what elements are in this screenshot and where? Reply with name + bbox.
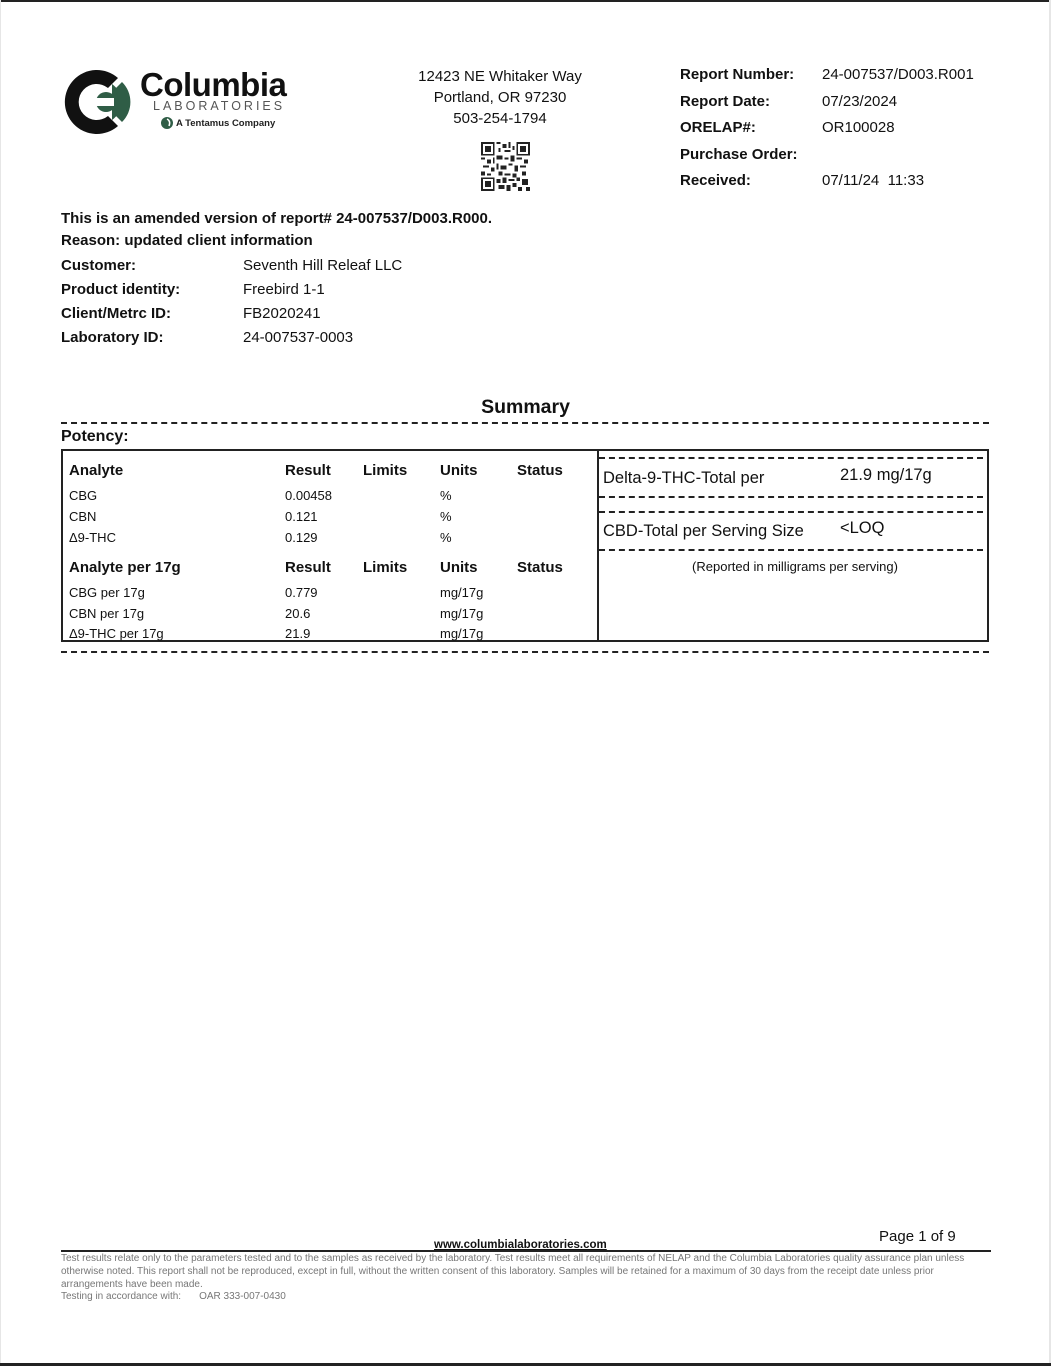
- col-header-analyte: Analyte: [69, 462, 123, 479]
- info-row-customer: Customer: Seventh Hill Releaf LLC: [61, 257, 402, 281]
- col-header-limits: Limits: [363, 462, 407, 479]
- info-label: Customer:: [61, 257, 243, 281]
- logo-tagline: A Tentamus Company: [176, 118, 275, 129]
- summary-title: Summary: [0, 396, 1051, 419]
- info-row-metrc-id: Client/Metrc ID: FB2020241: [61, 305, 402, 329]
- meta-row-report-date: Report Date: 07/23/2024: [680, 93, 974, 120]
- company-logo: Columbia LABORATORIES A Tentamus Company: [62, 64, 302, 144]
- serving-divider: [599, 549, 983, 551]
- cell-units: mg/17g: [440, 606, 483, 621]
- meta-value: OR100028: [822, 119, 895, 136]
- amendment-line: This is an amended version of report# 24…: [61, 208, 492, 230]
- info-row-lab-id: Laboratory ID: 24-007537-0003: [61, 329, 402, 353]
- cell-analyte: CBN: [69, 509, 96, 524]
- address-line2: Portland, OR 97230: [400, 87, 600, 108]
- cell-analyte: CBG: [69, 488, 97, 503]
- info-row-product: Product identity: Freebird 1-1: [61, 281, 402, 305]
- tentamus-leaf-icon: [160, 116, 174, 130]
- meta-value: 24-007537/D003.R001: [822, 66, 974, 83]
- amendment-notice: This is an amended version of report# 24…: [61, 208, 492, 252]
- table-split-line: [597, 451, 599, 640]
- footer-disclaimer: Test results relate only to the paramete…: [61, 1252, 991, 1291]
- info-value: Freebird 1-1: [243, 281, 325, 305]
- col-header-result: Result: [285, 462, 331, 479]
- serving-divider: [599, 511, 983, 513]
- serving-value-cbd: <LOQ: [840, 519, 884, 538]
- col-header-status: Status: [517, 559, 563, 576]
- potency-label: Potency:: [61, 428, 129, 446]
- meta-label: Report Number:: [680, 66, 822, 83]
- logo-subtitle: LABORATORIES: [153, 99, 285, 113]
- cell-result: 0.779: [285, 585, 318, 600]
- info-value: Seventh Hill Releaf LLC: [243, 257, 402, 281]
- col-header-analyte-per-17g: Analyte per 17g: [69, 559, 181, 576]
- meta-value: 07/11/24 11:33: [822, 172, 924, 189]
- col-header-units: Units: [440, 559, 478, 576]
- info-value: FB2020241: [243, 305, 321, 329]
- info-value: 24-007537-0003: [243, 329, 353, 353]
- cell-units: mg/17g: [440, 626, 483, 641]
- col-header-result: Result: [285, 559, 331, 576]
- meta-value: 07/23/2024: [822, 93, 897, 110]
- testing-standard: Testing in accordance with:OAR 333-007-0…: [61, 1291, 286, 1302]
- potency-table: Analyte Result Limits Units Status CBG 0…: [61, 449, 989, 642]
- columbia-c-logo-icon: [62, 64, 138, 140]
- cell-analyte: Δ9-THC: [69, 530, 116, 545]
- meta-row-purchase-order: Purchase Order:: [680, 146, 974, 173]
- cell-analyte: CBN per 17g: [69, 606, 144, 621]
- serving-divider: [599, 496, 983, 498]
- client-info: Customer: Seventh Hill Releaf LLC Produc…: [61, 257, 402, 353]
- cell-analyte: Δ9-THC per 17g: [69, 626, 164, 641]
- col-header-limits: Limits: [363, 559, 407, 576]
- cell-units: %: [440, 530, 452, 545]
- address-line1: 12423 NE Whitaker Way: [400, 66, 600, 87]
- cell-units: %: [440, 488, 452, 503]
- address-phone: 503-254-1794: [400, 108, 600, 129]
- info-label: Laboratory ID:: [61, 329, 243, 353]
- testing-label: Testing in accordance with:: [61, 1291, 181, 1302]
- cell-analyte: CBG per 17g: [69, 585, 145, 600]
- summary-bottom-divider: [61, 651, 989, 653]
- cell-result: 0.129: [285, 530, 318, 545]
- info-label: Client/Metrc ID:: [61, 305, 243, 329]
- meta-label: Report Date:: [680, 93, 822, 110]
- serving-divider: [599, 457, 983, 459]
- qr-code-icon: [481, 142, 530, 191]
- cell-result: 0.00458: [285, 488, 332, 503]
- viewer-top-border: [0, 0, 1051, 2]
- info-label: Product identity:: [61, 281, 243, 305]
- page-number: Page 1 of 9: [879, 1228, 956, 1245]
- cell-result: 0.121: [285, 509, 318, 524]
- serving-label-cbd: CBD-Total per Serving Size: [603, 522, 804, 541]
- col-header-units: Units: [440, 462, 478, 479]
- amendment-reason: Reason: updated client information: [61, 230, 492, 252]
- report-meta: Report Number: 24-007537/D003.R001 Repor…: [680, 66, 974, 199]
- cell-result: 20.6: [285, 606, 310, 621]
- cell-result: 21.9: [285, 626, 310, 641]
- col-header-status: Status: [517, 462, 563, 479]
- meta-label: ORELAP#:: [680, 119, 822, 136]
- meta-label: Purchase Order:: [680, 146, 822, 163]
- testing-value: OAR 333-007-0430: [199, 1291, 286, 1302]
- meta-row-orelap: ORELAP#: OR100028: [680, 119, 974, 146]
- serving-note: (Reported in milligrams per serving): [599, 559, 991, 574]
- meta-row-received: Received: 07/11/24 11:33: [680, 172, 974, 199]
- lab-address: 12423 NE Whitaker Way Portland, OR 97230…: [400, 66, 600, 129]
- summary-top-divider: [61, 422, 989, 424]
- cell-units: %: [440, 509, 452, 524]
- page-left-edge: [0, 0, 1, 1366]
- serving-label-thc: Delta-9-THC-Total per: [603, 469, 764, 488]
- meta-label: Received:: [680, 172, 822, 189]
- serving-value-thc: 21.9 mg/17g: [840, 466, 932, 485]
- meta-row-report-number: Report Number: 24-007537/D003.R001: [680, 66, 974, 93]
- cell-units: mg/17g: [440, 585, 483, 600]
